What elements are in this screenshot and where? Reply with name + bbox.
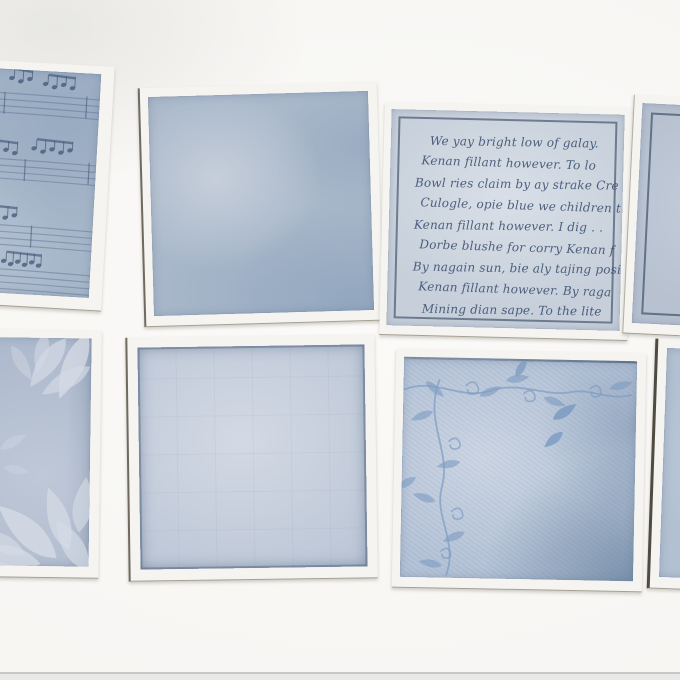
- paper-plain-edge: [659, 348, 680, 581]
- card-sheet-music: [0, 53, 115, 311]
- paper-framed-blank: [632, 103, 680, 329]
- damask-leaf-pattern-icon: [0, 335, 92, 338]
- photo-bottom-edge-line: [0, 672, 680, 680]
- card-plain-grid: [125, 334, 377, 581]
- sheet-music-pattern-icon: [0, 62, 101, 74]
- card-plain-edge: [647, 339, 680, 594]
- paper-sheet-music: [0, 62, 101, 298]
- card-vine-scroll: [392, 349, 647, 593]
- card-handwritten-script: We yay bright low of galay. Kenan fillan…: [379, 102, 633, 341]
- blank-border-frame: [641, 113, 680, 321]
- paper-plain-grid: [137, 344, 367, 569]
- card-damask-leaves: [0, 327, 102, 578]
- card-plain-mottled: [138, 82, 384, 328]
- craft-paper-flatlay-photo: We yay bright low of galay. Kenan fillan…: [0, 0, 680, 680]
- paper-damask-leaves: [0, 335, 92, 566]
- vine-scroll-pattern-icon: [404, 359, 637, 363]
- paper-plain-mottled: [148, 91, 374, 316]
- script-text-block: We yay bright low of galay. Kenan fillan…: [396, 118, 616, 321]
- script-line: Mining dian sape. To the lite: [412, 299, 601, 323]
- paper-vine-scroll: [400, 357, 637, 581]
- paper-handwritten-script: We yay bright low of galay. Kenan fillan…: [386, 109, 624, 331]
